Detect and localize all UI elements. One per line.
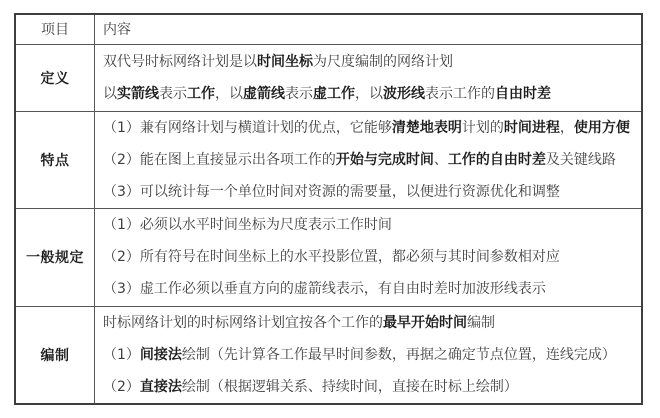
plain-text: 绘制（根据逻辑关系、持续时间，直接在时标上绘制） [182, 379, 518, 395]
plain-text: ，以 [215, 86, 243, 102]
plain-text: 及关键线路 [546, 152, 616, 168]
row-content: （1）兼有网络计划与横道计划的优点，它能够清楚地表明计划的时间进程，使用方便（2… [95, 111, 643, 208]
plain-text: 以 [103, 86, 117, 102]
content-line: 双代号时标网络计划是以时间坐标为尺度编制的网络计划 [103, 46, 635, 78]
emphasis-text: 自由时差 [495, 86, 551, 102]
plain-text: （3）虚工作必须以垂直方向的虚箭线表示，有自由时差时加波形线表示 [103, 281, 546, 297]
plain-text: ，以 [355, 86, 383, 102]
table-row: 定义双代号时标网络计划是以时间坐标为尺度编制的网络计划以实箭线表示工作，以虚箭线… [15, 44, 642, 111]
table-row: 编制时标网络计划的时标网络计划宜按各个工作的最早开始时间编制（1）间接法绘制（先… [15, 306, 642, 404]
content-line: 以实箭线表示工作，以虚箭线表示虚工作，以波形线表示工作的自由时差 [103, 78, 635, 110]
header-row: 项目 内容 [15, 14, 642, 44]
content-line: （1）间接法绘制（先计算各工作最早时间参数，再据之确定节点位置，连线完成） [103, 339, 635, 371]
plain-text: 为尺度编制的网络计划 [313, 54, 453, 70]
emphasis-text: 波形线 [383, 86, 425, 102]
emphasis-text: 使用方便 [574, 120, 630, 136]
plain-text: 表示 [285, 86, 313, 102]
emphasis-text: 间接法 [140, 347, 182, 363]
emphasis-text: 开始与完成时间 [336, 152, 434, 168]
table-row: 一般规定（1）必须以水平时间坐标为尺度表示工作时间（2）所有符号在时间坐标上的水… [15, 208, 642, 306]
plain-text: 编制 [467, 315, 495, 331]
emphasis-text: 直接法 [140, 379, 182, 395]
content-line: （1）兼有网络计划与横道计划的优点，它能够清楚地表明计划的时间进程，使用方便 [103, 112, 635, 144]
header-cell-content: 内容 [95, 14, 643, 44]
document-page: 项目 内容 定义双代号时标网络计划是以时间坐标为尺度编制的网络计划以实箭线表示工… [0, 0, 660, 418]
content-line: （3）可以统计每一个单位时间对资源的需要量，以便进行资源优化和调整 [103, 176, 635, 208]
row-label: 特点 [15, 111, 95, 208]
plain-text: （2）能在图上直接显示出各项工作的 [103, 152, 336, 168]
row-label: 编制 [15, 306, 95, 404]
plain-text: 、 [434, 152, 448, 168]
emphasis-text: 时间坐标 [257, 54, 313, 70]
plain-text: （1）必须以水平时间坐标为尺度表示工作时间 [103, 217, 392, 233]
plain-text: （1）兼有网络计划与横道计划的优点，它能够 [103, 120, 392, 136]
plain-text: （3）可以统计每一个单位时间对资源的需要量，以便进行资源优化和调整 [103, 184, 560, 200]
emphasis-text: 虚箭线 [243, 86, 285, 102]
content-line: （3）虚工作必须以垂直方向的虚箭线表示，有自由时差时加波形线表示 [103, 273, 635, 305]
row-content: 时标网络计划的时标网络计划宜按各个工作的最早开始时间编制（1）间接法绘制（先计算… [95, 306, 643, 404]
plain-text: （2）所有符号在时间坐标上的水平投影位置，都必须与其时间参数相对应 [103, 249, 560, 265]
content-line: 时标网络计划的时标网络计划宜按各个工作的最早开始时间编制 [103, 307, 635, 339]
emphasis-text: 工作 [187, 86, 215, 102]
content-line: （1）必须以水平时间坐标为尺度表示工作时间 [103, 209, 635, 241]
content-line: （2）直接法绘制（根据逻辑关系、持续时间，直接在时标上绘制） [103, 371, 635, 403]
plain-text: 计划的 [462, 120, 504, 136]
emphasis-text: 虚工作 [313, 86, 355, 102]
content-line: （2）能在图上直接显示出各项工作的开始与完成时间、工作的自由时差及关键线路 [103, 144, 635, 176]
row-content: 双代号时标网络计划是以时间坐标为尺度编制的网络计划以实箭线表示工作，以虚箭线表示… [95, 44, 643, 111]
plain-text: 双代号时标网络计划是以 [103, 54, 257, 70]
emphasis-text: 工作的自由时差 [448, 152, 546, 168]
emphasis-text: 时间进程 [504, 120, 560, 136]
plain-text: 表示工作的 [425, 86, 495, 102]
content-line: （2）所有符号在时间坐标上的水平投影位置，都必须与其时间参数相对应 [103, 241, 635, 273]
plain-text: 表示 [159, 86, 187, 102]
row-content: （1）必须以水平时间坐标为尺度表示工作时间（2）所有符号在时间坐标上的水平投影位… [95, 208, 643, 306]
plain-text: （2） [103, 379, 140, 395]
header-cell-item: 项目 [15, 14, 95, 44]
row-label: 定义 [15, 44, 95, 111]
row-label: 一般规定 [15, 208, 95, 306]
emphasis-text: 清楚地表明 [392, 120, 462, 136]
emphasis-text: 最早开始时间 [383, 315, 467, 331]
content-table: 项目 内容 定义双代号时标网络计划是以时间坐标为尺度编制的网络计划以实箭线表示工… [14, 13, 643, 405]
plain-text: 时标网络计划的时标网络计划宜按各个工作的 [103, 315, 383, 331]
plain-text: ， [560, 120, 574, 136]
plain-text: 绘制（先计算各工作最早时间参数，再据之确定节点位置，连线完成） [182, 347, 616, 363]
plain-text: （1） [103, 347, 140, 363]
emphasis-text: 实箭线 [117, 86, 159, 102]
table-row: 特点（1）兼有网络计划与横道计划的优点，它能够清楚地表明计划的时间进程，使用方便… [15, 111, 642, 208]
table-body: 定义双代号时标网络计划是以时间坐标为尺度编制的网络计划以实箭线表示工作，以虚箭线… [15, 44, 642, 404]
